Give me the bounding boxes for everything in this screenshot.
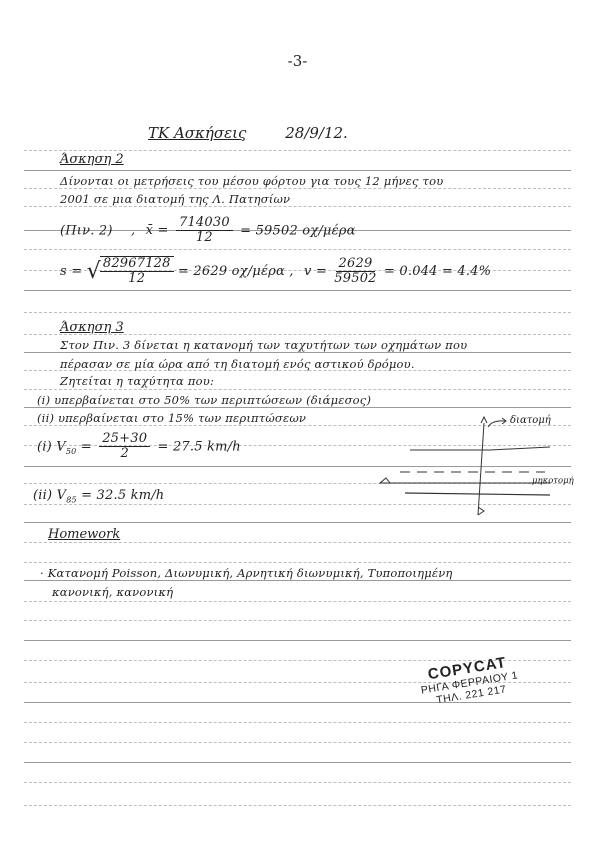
ruled-line bbox=[24, 188, 571, 189]
cv-label: v = bbox=[304, 264, 327, 279]
ruled-line bbox=[24, 407, 571, 408]
page-title: TK Ασκήσεις 28/9/12. bbox=[148, 124, 348, 142]
table-ref: (Πιν. 2) bbox=[60, 223, 113, 238]
ruled-line bbox=[24, 580, 571, 581]
ruled-line bbox=[24, 352, 571, 353]
exercise2-text-line2: 2001 σε μια διατομή της Λ. Πατησίων bbox=[60, 192, 290, 206]
ruled-line bbox=[24, 722, 571, 723]
title-text: TK Ασκήσεις bbox=[148, 124, 246, 142]
homework-heading: Homework bbox=[48, 527, 120, 542]
ruled-line bbox=[24, 206, 571, 207]
exercise2-mean-formula: (Πιν. 2) , x̄ = 714030 12 = 59502 οχ/μέρ… bbox=[60, 216, 356, 246]
title-date: 28/9/12. bbox=[285, 124, 348, 142]
exercise3-heading: Άσκηση 3 bbox=[60, 320, 124, 335]
exercise2-std-formula: s = √ 82967128 12 = 2629 οχ/μέρα , v = 2… bbox=[60, 256, 491, 287]
diagram-label-longitudinal: μηκοτομή bbox=[532, 476, 574, 486]
homework-line1: · Κατανομή Poisson, Διωνυμική, Αρνητική … bbox=[40, 566, 453, 580]
ruled-line bbox=[24, 312, 571, 313]
mean-fraction: 714030 12 bbox=[176, 216, 233, 246]
ruled-line bbox=[24, 742, 571, 743]
ruled-line bbox=[24, 762, 571, 763]
homework-line2: κανονική, κανονική bbox=[52, 585, 173, 599]
v50-fraction: 25+30 2 bbox=[99, 432, 150, 462]
exercise3-text-line1: Στον Πιν. 3 δίνεται η κατανομή των ταχυτ… bbox=[60, 338, 467, 352]
cv-result: = 0.044 = 4.4% bbox=[384, 264, 491, 279]
exercise3-item-i: (i) υπερβαίνεται στο 50% των περιπτώσεων… bbox=[37, 393, 371, 407]
sqrt-icon: √ bbox=[87, 259, 101, 284]
ruled-line bbox=[24, 150, 571, 151]
ruled-line bbox=[24, 782, 571, 783]
exercise3-text-line3: Ζητείται η ταχύτητα που: bbox=[60, 374, 214, 388]
std-label: s = bbox=[60, 264, 82, 279]
ruled-line bbox=[24, 640, 571, 641]
ruled-line bbox=[24, 702, 571, 703]
ruled-line bbox=[24, 562, 571, 563]
std-result: = 2629 οχ/μέρα , bbox=[178, 264, 294, 279]
ruled-line bbox=[24, 249, 571, 250]
page-number: -3- bbox=[0, 52, 595, 70]
exercise2-heading: Άσκηση 2 bbox=[60, 152, 124, 167]
mean-label: x̄ = bbox=[146, 223, 169, 238]
diagram-label-cross-section: διατομή bbox=[510, 415, 551, 426]
exercise2-text-line1: Δίνονται οι μετρήσεις του μέσου φόρτου γ… bbox=[60, 174, 443, 188]
ruled-line bbox=[24, 170, 571, 171]
ruled-line bbox=[24, 601, 571, 602]
ruled-line bbox=[24, 805, 571, 806]
cv-fraction: 2629 59502 bbox=[334, 257, 376, 287]
exercise3-item-ii: (ii) υπερβαίνεται στο 15% των περιπτώσεω… bbox=[37, 411, 306, 425]
std-sqrt: √ 82967128 12 bbox=[87, 256, 174, 287]
exercise3-answer-ii: (ii) V85 = 32.5 km/h bbox=[33, 488, 164, 505]
exercise3-text-line2: πέρασαν σε μία ώρα από τη διατομή ενός α… bbox=[60, 357, 415, 371]
ruled-line bbox=[24, 542, 571, 543]
mean-result: = 59502 οχ/μέρα bbox=[240, 223, 355, 238]
ruled-line bbox=[24, 290, 571, 291]
ruled-line bbox=[24, 620, 571, 621]
road-diagram bbox=[360, 415, 590, 525]
ruled-line bbox=[24, 389, 571, 390]
exercise3-answer-i: (i) V50 = 25+30 2 = 27.5 km/h bbox=[37, 432, 241, 462]
